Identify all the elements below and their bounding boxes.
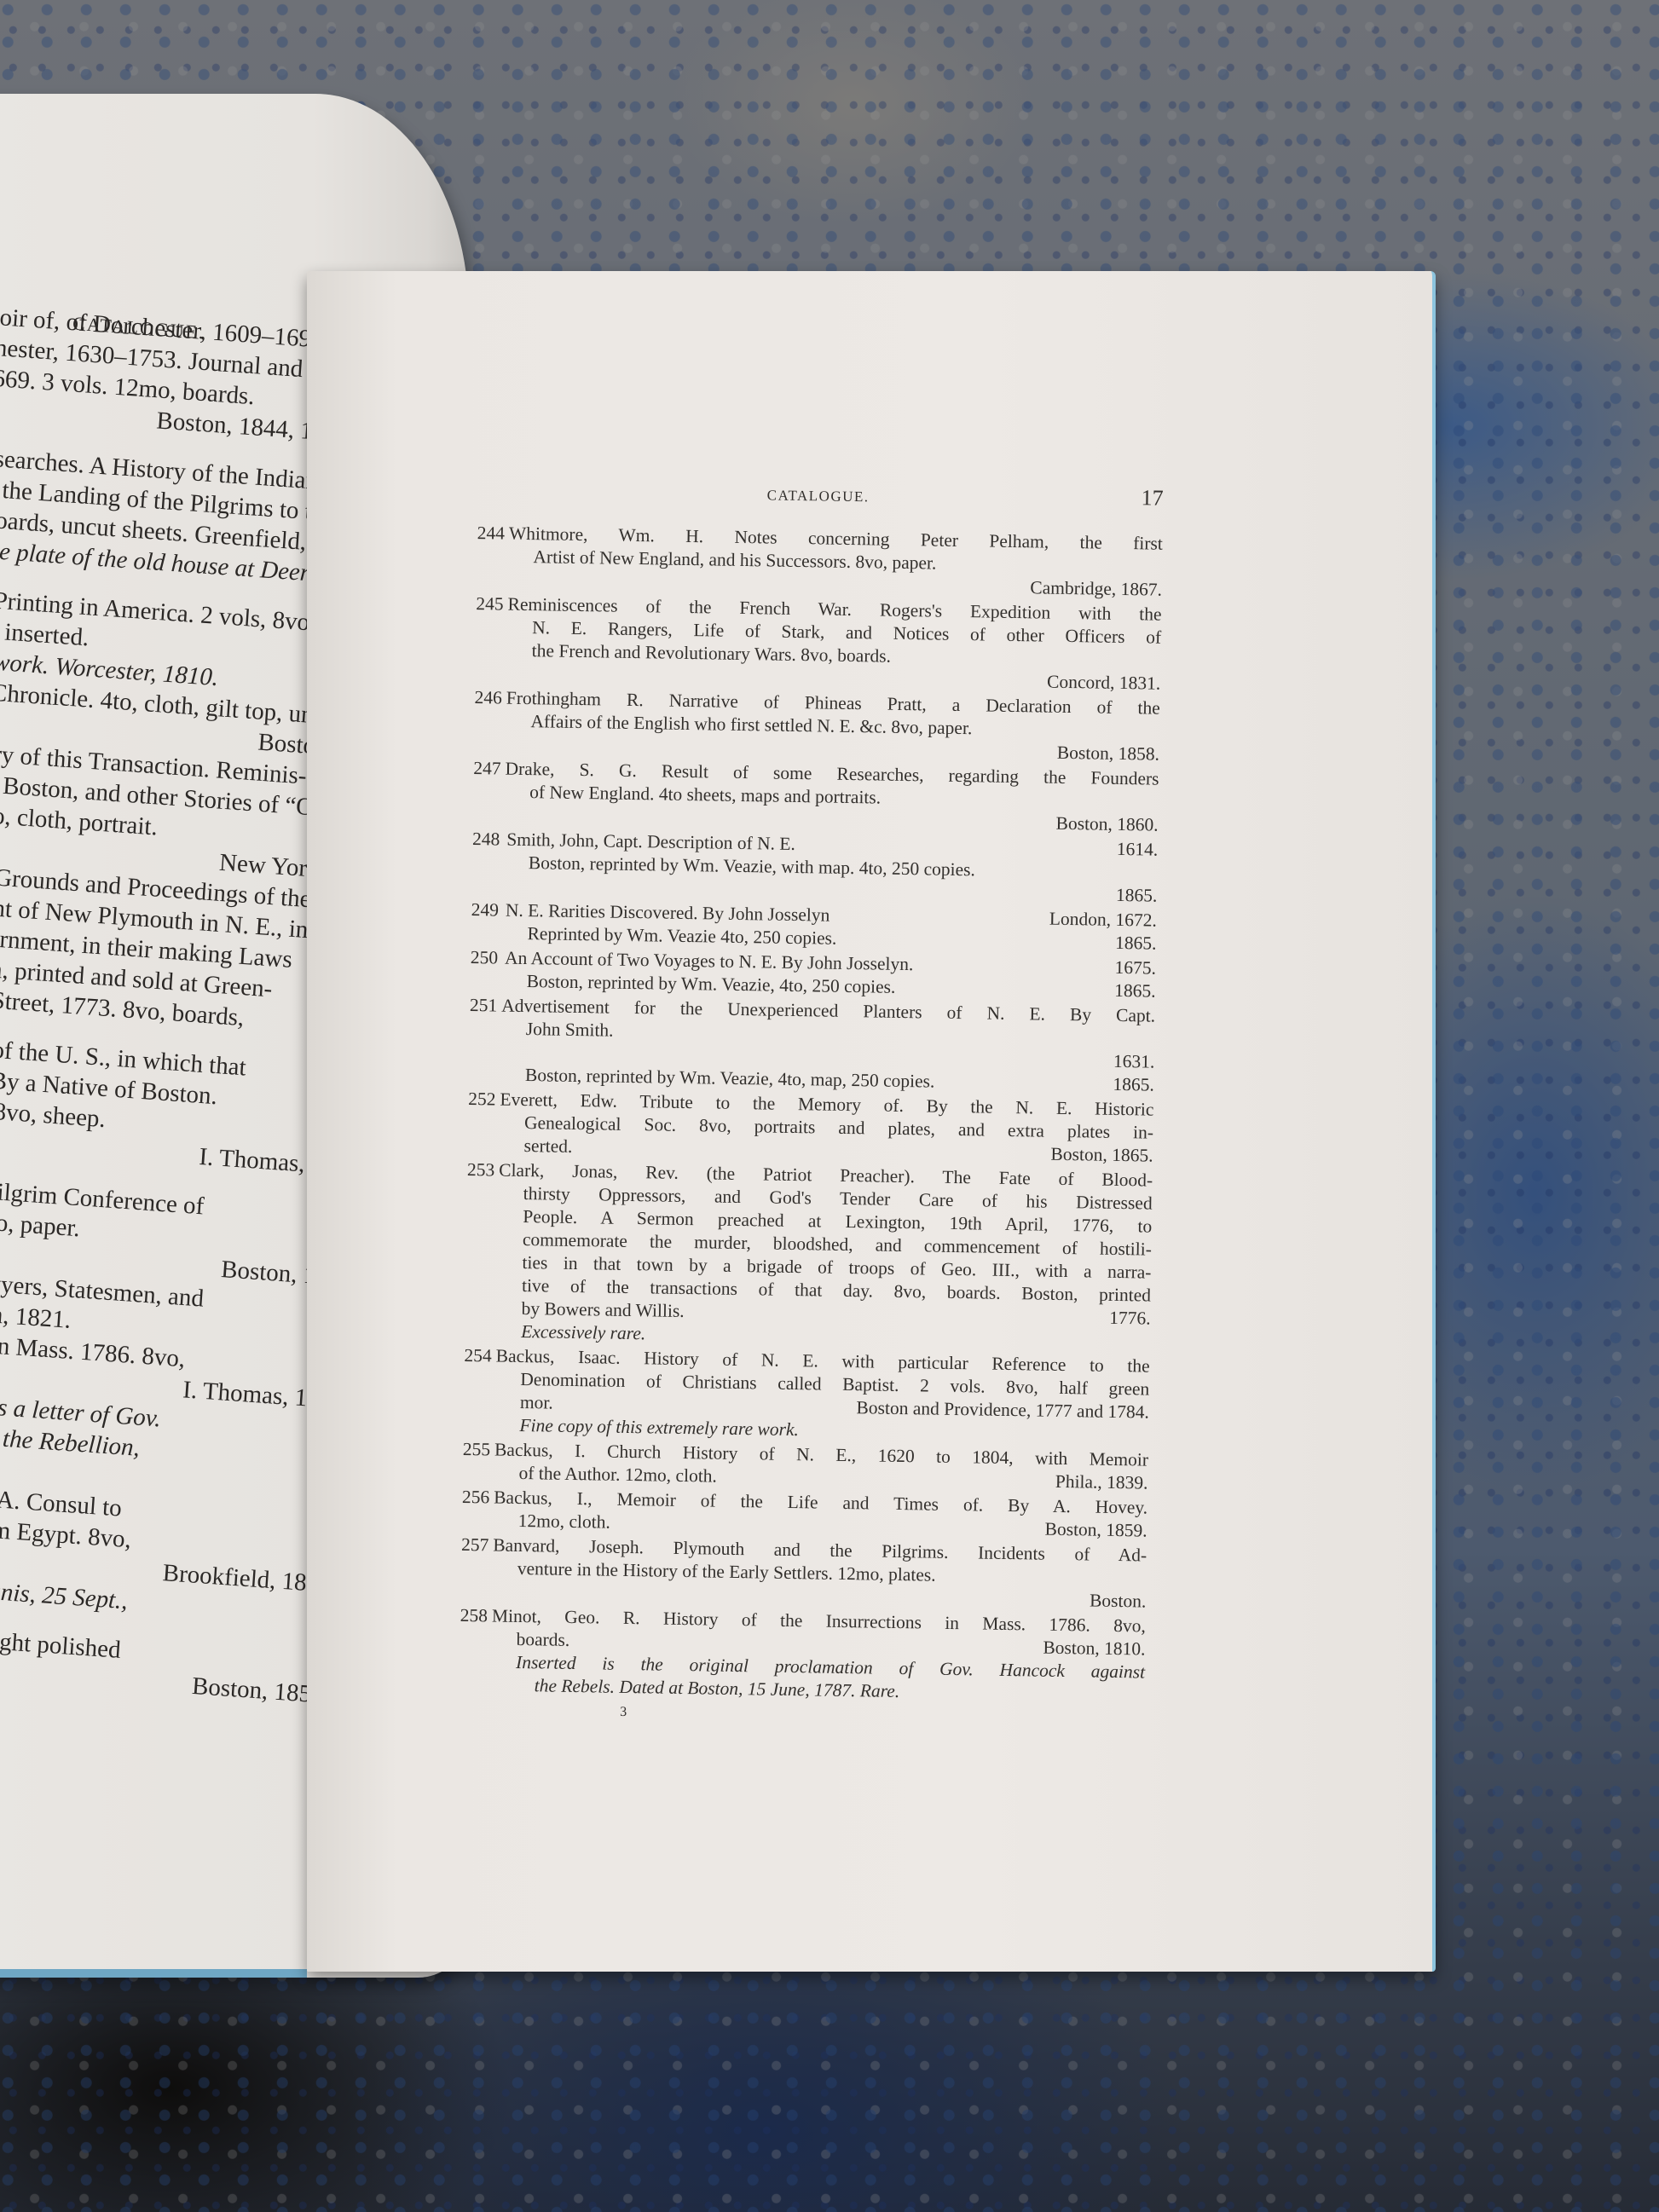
lot-number: 244 xyxy=(467,522,505,546)
entry-text: Boston, reprinted by Wm. Veazie, 4to, 25… xyxy=(526,970,895,999)
imprint: Boston and Providence, 1777 and 1784. xyxy=(856,1396,1149,1424)
entry-text: serted. xyxy=(523,1135,572,1158)
lot-number: 252 xyxy=(458,1088,495,1112)
catalogue-entry: 252Everett, Edw. Tribute to the Memory o… xyxy=(462,1088,1153,1168)
lot-number: 249 xyxy=(461,898,499,922)
catalogue-entry: 244Whitmore, Wm. H. Notes concerning Pet… xyxy=(471,522,1163,602)
imprint: 1776. xyxy=(1109,1307,1151,1331)
entry-text: 12mo, cloth. xyxy=(518,1510,611,1534)
entry-text: mor. xyxy=(520,1391,553,1415)
catalogue-entry: 251Advertisement for the Unexperienced P… xyxy=(464,994,1156,1097)
catalogue-entries: 244Whitmore, Wm. H. Notes concerning Pet… xyxy=(454,522,1164,1707)
imprint: London, 1672. xyxy=(1049,908,1157,933)
catalogue-entry: 246Frothingham R. Narrative of Phineas P… xyxy=(469,686,1160,766)
lot-number: 257 xyxy=(451,1533,488,1557)
entry-text: boards. xyxy=(516,1628,569,1652)
catalogue-entry: 250An Account of Two Voyages to N. E. By… xyxy=(465,946,1156,1003)
catalogue-entry: 245Reminiscences of the French War. Roge… xyxy=(470,592,1162,696)
imprint: 1865. xyxy=(1113,1073,1154,1097)
running-head: CATALOGUE. 17 xyxy=(472,476,1163,517)
lot-number: 245 xyxy=(465,592,503,616)
lot-number: 258 xyxy=(450,1604,488,1628)
right-page: CATALOGUE. 17 244Whitmore, Wm. H. Notes … xyxy=(307,271,1436,1972)
lot-number: 254 xyxy=(454,1344,492,1368)
lot-number: 247 xyxy=(463,757,500,781)
imprint: 1675. xyxy=(1114,956,1156,980)
lot-number: 248 xyxy=(462,828,500,852)
imprint: 1614. xyxy=(1117,838,1159,862)
imprint: Phila., 1839. xyxy=(1055,1470,1148,1495)
running-head-title: CATALOGUE. xyxy=(473,479,1164,513)
lot-number: 246 xyxy=(465,686,502,710)
catalogue-entry: 256Backus, I., Memoir of the Life and Ti… xyxy=(457,1486,1148,1543)
imprint: 1865. xyxy=(1115,932,1157,956)
page-number: 17 xyxy=(1141,486,1163,509)
entry-text: of the Author. 12mo, cloth. xyxy=(518,1462,717,1488)
imprint: Boston, 1810. xyxy=(1043,1637,1145,1661)
imprint: Boston, 1859. xyxy=(1044,1518,1147,1543)
catalogue-entry: 249N. E. Rarities Discovered. By John Jo… xyxy=(465,898,1157,956)
right-page-text: CATALOGUE. 17 244Whitmore, Wm. H. Notes … xyxy=(454,476,1164,1732)
catalogue-entry: 258Minot, Geo. R. History of the Insurre… xyxy=(454,1604,1147,1707)
catalogue-entry: 254Backus, Isaac. History of N. E. with … xyxy=(458,1344,1150,1447)
lot-number: 256 xyxy=(452,1486,489,1510)
entry-text: Reprinted by Wm. Veazie 4to, 250 copies. xyxy=(527,922,836,950)
catalogue-entry: 257Banvard, Joseph. Plymouth and the Pil… xyxy=(455,1533,1147,1614)
catalogue-entry: 255Backus, I. Church History of N. E., 1… xyxy=(457,1438,1148,1495)
lot-number: 253 xyxy=(457,1158,494,1182)
catalogue-entry: 247Drake, S. G. Result of some Researche… xyxy=(468,757,1159,837)
lot-number: 255 xyxy=(453,1438,490,1462)
entry-text: by Bowers and Willis. xyxy=(521,1297,684,1323)
imprint: Boston, 1865. xyxy=(1050,1143,1153,1168)
lot-number: 250 xyxy=(460,946,498,970)
lot-number: 251 xyxy=(460,994,497,1018)
imprint: 1865. xyxy=(1114,979,1156,1003)
catalogue-entry: 253Clark, Jonas, Rev. (the Patriot Preac… xyxy=(460,1158,1153,1354)
cover-edge xyxy=(0,1969,307,1978)
catalogue-entry: 248Smith, John, Capt. Description of N. … xyxy=(466,828,1158,908)
